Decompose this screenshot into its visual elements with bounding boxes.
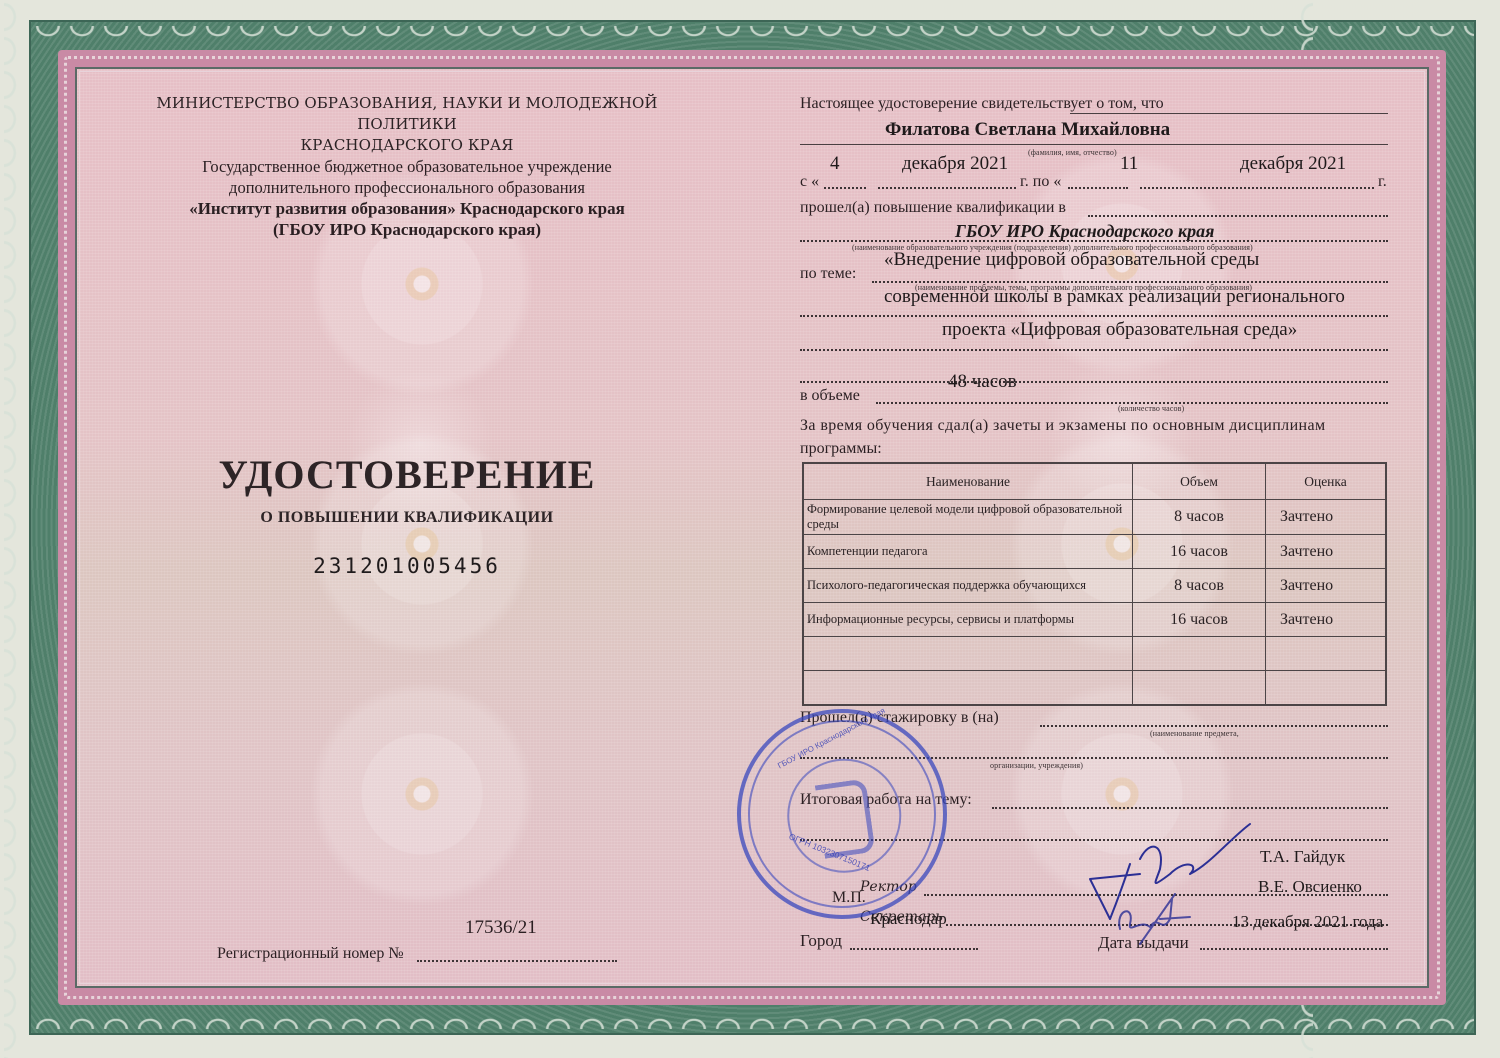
- city-label: Город: [800, 931, 842, 951]
- subject-name: [803, 671, 1133, 706]
- period-to-day-dots: [1068, 187, 1128, 189]
- period-from-month-year: декабря 2021: [902, 153, 1008, 175]
- institution-line: дополнительного профессионального образо…: [107, 177, 707, 198]
- topic-dots-2: [800, 315, 1388, 317]
- subject-name: Информационные ресурсы, сервисы и платфо…: [803, 603, 1133, 637]
- exams-text-line-1: За время обучения сдал(а) зачеты и экзам…: [800, 417, 1390, 435]
- internship-caption-1: (наименование предмета,: [1150, 729, 1239, 738]
- column-header-volume: Объем: [1133, 463, 1266, 500]
- column-header-grade: Оценка: [1266, 463, 1387, 500]
- intro-label: Настоящее удостоверение свидетельствует …: [800, 95, 1164, 112]
- period-from-day-dots: [824, 187, 866, 189]
- registration-label: Регистрационный номер №: [217, 945, 404, 963]
- topic-dots-4: [800, 381, 1388, 383]
- table-row: Компетенции педагога 16 часов Зачтено: [803, 535, 1386, 569]
- exams-text: За время обучения сдал(а) зачеты и экзам…: [800, 417, 1326, 434]
- full-name-caption: (фамилия, имя, отчество): [1028, 148, 1117, 157]
- volume-label: в объеме: [800, 387, 860, 404]
- table-row: Формирование целевой модели цифровой обр…: [803, 500, 1386, 535]
- secretary-signature: [1100, 889, 1210, 949]
- institution-name: «Институт развития образования» Краснода…: [107, 198, 707, 219]
- period-from-day: 4: [830, 153, 840, 175]
- topic-line-1: «Внедрение цифровой образовательной сред…: [884, 249, 1259, 271]
- volume-caption: (количество часов): [1118, 404, 1184, 413]
- city-value: Краснодар: [870, 909, 947, 929]
- organization-name: ГБОУ ИРО Краснодарского края: [955, 221, 1214, 242]
- topic-line-2: современной школы в рамках реализации ре…: [884, 286, 1345, 308]
- ministry-line: МИНИСТЕРСТВО ОБРАЗОВАНИЯ, НАУКИ И МОЛОДЕ…: [107, 93, 707, 135]
- subject-name: Компетенции педагога: [803, 535, 1133, 569]
- certificate-page: МИНИСТЕРСТВО ОБРАЗОВАНИЯ, НАУКИ И МОЛОДЕ…: [75, 67, 1429, 988]
- topic-label: по теме:: [800, 265, 856, 282]
- completed-label: прошел(а) повышение квалификации в: [800, 199, 1066, 216]
- subject-grade: Зачтено: [1266, 603, 1387, 637]
- full-name: Филатова Светлана Михайловна: [885, 119, 1170, 141]
- period-to-month-dots: [1140, 187, 1374, 189]
- subject-grade: Зачтено: [1266, 500, 1387, 535]
- intro-text: Настоящее удостоверение свидетельствует …: [800, 95, 1390, 113]
- subject-grade: Зачтено: [1266, 569, 1387, 603]
- topic-line-3: проекта «Цифровая образовательная среда»: [942, 319, 1297, 341]
- rector-name: Т.А. Гайдук: [1260, 847, 1345, 867]
- completed-dots: [1088, 215, 1388, 217]
- period-from-month-dots: [878, 187, 1016, 189]
- left-half: МИНИСТЕРСТВО ОБРАЗОВАНИЯ, НАУКИ И МОЛОДЕ…: [77, 69, 737, 986]
- subject-volume: 8 часов: [1133, 569, 1266, 603]
- institution-line: Государственное бюджетное образовательно…: [107, 156, 707, 177]
- table-row-empty: [803, 671, 1386, 706]
- subject-volume: 8 часов: [1133, 500, 1266, 535]
- table-row: Психолого-педагогическая поддержка обуча…: [803, 569, 1386, 603]
- full-name-underline: [800, 144, 1388, 145]
- ministry-heading: МИНИСТЕРСТВО ОБРАЗОВАНИЯ, НАУКИ И МОЛОДЕ…: [107, 93, 707, 156]
- subject-name: Психолого-педагогическая поддержка обуча…: [803, 569, 1133, 603]
- table-row-empty: [803, 637, 1386, 671]
- subject-grade: [1266, 671, 1387, 706]
- institution-abbreviation: (ГБОУ ИРО Краснодарского края): [107, 219, 707, 240]
- period-to-month-year: декабря 2021: [1240, 153, 1346, 175]
- table-header-row: Наименование Объем Оценка: [803, 463, 1386, 500]
- city-dots: [850, 948, 978, 950]
- document-title: УДОСТОВЕРЕНИЕ: [107, 451, 707, 498]
- subject-volume: 16 часов: [1133, 535, 1266, 569]
- registration-dotted-line: [417, 960, 617, 962]
- final-work-dots: [992, 807, 1388, 809]
- period-separator: г. по «: [1020, 173, 1061, 191]
- column-header-name: Наименование: [803, 463, 1133, 500]
- issue-date-dots: [1200, 948, 1388, 950]
- subject-name: Формирование целевой модели цифровой обр…: [803, 500, 1133, 535]
- subject-grade: [1266, 637, 1387, 671]
- period-from-prefix: с «: [800, 173, 819, 190]
- subject-volume: [1133, 671, 1266, 706]
- subject-grade: Зачтено: [1266, 535, 1387, 569]
- table-row: Информационные ресурсы, сервисы и платфо…: [803, 603, 1386, 637]
- period-to-day: 11: [1120, 153, 1138, 175]
- subject-name: [803, 637, 1133, 671]
- subject-volume: 16 часов: [1133, 603, 1266, 637]
- ministry-line: КРАСНОДАРСКОГО КРАЯ: [107, 135, 707, 156]
- institution-heading: Государственное бюджетное образовательно…: [107, 156, 707, 240]
- organization-dots: [800, 240, 1388, 242]
- internship-caption-2: организации, учреждения): [990, 761, 1083, 770]
- exams-text-line-2: программы:: [800, 440, 1390, 458]
- period-year-suffix: г.: [1378, 173, 1387, 191]
- subject-volume: [1133, 637, 1266, 671]
- document-number: 231201005456: [107, 554, 707, 578]
- topic-dots-3: [800, 349, 1388, 351]
- exams-text: программы:: [800, 440, 882, 457]
- intro-underline: [1070, 113, 1388, 114]
- registration-number: 17536/21: [465, 917, 537, 939]
- subjects-table: Наименование Объем Оценка Формирование ц…: [802, 462, 1387, 706]
- internship-dots: [1040, 725, 1388, 727]
- document-subtitle: О ПОВЫШЕНИИ КВАЛИФИКАЦИИ: [107, 509, 707, 527]
- secretary-name: В.Е. Овсиенко: [1258, 877, 1362, 897]
